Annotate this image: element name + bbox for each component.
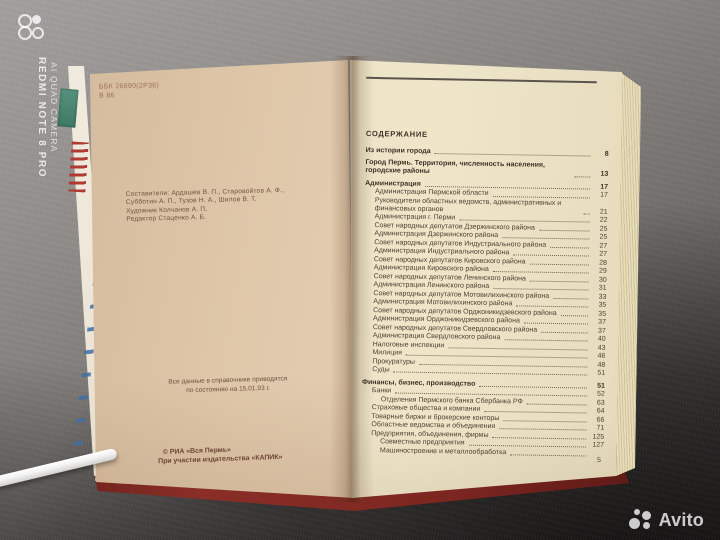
avito-label: Avito <box>659 510 704 531</box>
toc-entry-page-number: 127 <box>589 442 604 450</box>
dot-leader <box>574 176 590 177</box>
toc-entry-page-number: 35 <box>591 310 606 318</box>
toc-entry-page-number: 13 <box>593 171 608 179</box>
toc-entry-title: Администрация <box>365 180 421 189</box>
avito-watermark: Avito <box>629 508 704 533</box>
toc-entry-page-number: 27 <box>592 242 607 250</box>
toc-entry-page-number: 25 <box>592 234 607 242</box>
quad-camera-icon <box>18 13 44 37</box>
dot-leader <box>394 372 588 376</box>
toc-entry-page-number: 31 <box>591 285 606 293</box>
toc-entry-title: Суды <box>372 366 390 374</box>
dot-leader <box>469 445 586 448</box>
cover-red-stripes <box>68 141 88 192</box>
toc-entry-title: Налоговые инспекции <box>373 341 445 350</box>
toc-entry: Город Пермь. Территория, численность нас… <box>365 159 608 179</box>
dot-leader <box>516 306 588 308</box>
toc-entry-page-number: 27 <box>592 251 607 259</box>
bbk-index: В 86 <box>99 91 159 101</box>
dot-leader <box>527 403 587 405</box>
toc-entry-page-number: 21 <box>593 208 608 216</box>
toc-entry-page-number: 64 <box>590 408 605 416</box>
dot-leader <box>484 411 586 414</box>
toc-entry-page-number: 35 <box>591 302 606 310</box>
dot-leader <box>553 298 588 300</box>
dot-leader <box>541 332 588 334</box>
toc-entry-page-number: 51 <box>590 370 605 378</box>
toc-entry-page-number: 46 <box>590 353 605 361</box>
toc-entry-page-number: 66 <box>589 416 604 424</box>
dot-leader <box>584 213 590 214</box>
toc-entry-page-number: 37 <box>591 327 606 335</box>
toc-entry-page-number: 17 <box>593 192 608 200</box>
toc-entry-page-number: 22 <box>593 217 608 225</box>
dot-leader <box>503 420 586 422</box>
avito-logo-icon <box>629 508 654 533</box>
toc-entry-page-number: 125 <box>589 433 604 441</box>
toc-entry-page-number: 25 <box>592 225 607 233</box>
toc-entry-page-number: 52 <box>590 391 605 399</box>
toc-entry-page-number: 40 <box>591 336 606 344</box>
dot-leader <box>524 323 588 325</box>
toc-entry-page-number: 51 <box>590 382 605 390</box>
credits-block: Составители: Ардашев В. П., Старовойтов … <box>126 187 285 224</box>
toc-entry-page-number: 63 <box>590 399 605 407</box>
toc-entry-title: Прокуратуры <box>372 358 415 367</box>
dot-leader <box>510 454 586 456</box>
toc-entry-page-number: 30 <box>592 276 607 284</box>
photo-of-open-book: ББК 26890(2Р36) В 86 Составители: Ардаше… <box>0 0 720 540</box>
dot-leader <box>493 437 587 439</box>
dot-leader <box>435 153 591 156</box>
dot-leader <box>513 255 589 257</box>
toc-entry-title: Милиция <box>372 349 402 357</box>
phone-model-watermark: REDMI NOTE 8 PRO <box>36 57 47 178</box>
toc-entry-title: Банки <box>372 387 391 395</box>
dot-leader <box>529 264 588 266</box>
dot-leader <box>530 281 589 283</box>
toc-entry-page-number: 17 <box>593 183 608 191</box>
toc-entry-page-number: 8 <box>594 151 609 159</box>
cover-green-label <box>57 88 78 127</box>
contents-page: СОДЕРЖАНИЕ Из истории города 8 Город Пер… <box>361 129 609 458</box>
table-of-contents: Из истории города 8 Город Пермь. Террито… <box>361 147 609 458</box>
dot-leader <box>479 386 587 389</box>
toc-entry-page-number: 33 <box>591 293 606 301</box>
dot-leader <box>539 230 589 232</box>
bbk-code: ББК 26890(2Р36) <box>99 82 159 92</box>
toc-entry-title: Из истории города <box>366 147 431 156</box>
toc-entry-page-number: 48 <box>590 361 605 369</box>
toc-entry: Из истории города 8 <box>366 147 609 159</box>
camera-mode-watermark: AI QUAD CAMERA <box>49 62 59 152</box>
dot-leader <box>502 238 589 240</box>
dot-leader <box>504 340 587 342</box>
toc-entry-page-number: 29 <box>592 268 607 276</box>
page-folio: 5 <box>597 457 601 464</box>
toc-entry-page-number: 37 <box>591 319 606 327</box>
dot-leader <box>550 247 589 249</box>
dot-leader <box>493 196 590 199</box>
dot-leader <box>493 271 589 274</box>
dot-leader <box>499 428 586 430</box>
toc-entry-page-number: 71 <box>589 425 604 433</box>
toc-entry-title: Город Пермь. Территория, численность нас… <box>365 159 570 178</box>
toc-entry-page-number: 28 <box>592 259 607 267</box>
bbk-classification: ББК 26890(2Р36) В 86 <box>99 82 160 100</box>
toc-entry-page-number: 43 <box>591 344 606 352</box>
dot-leader <box>561 315 589 316</box>
dot-leader <box>493 288 588 290</box>
